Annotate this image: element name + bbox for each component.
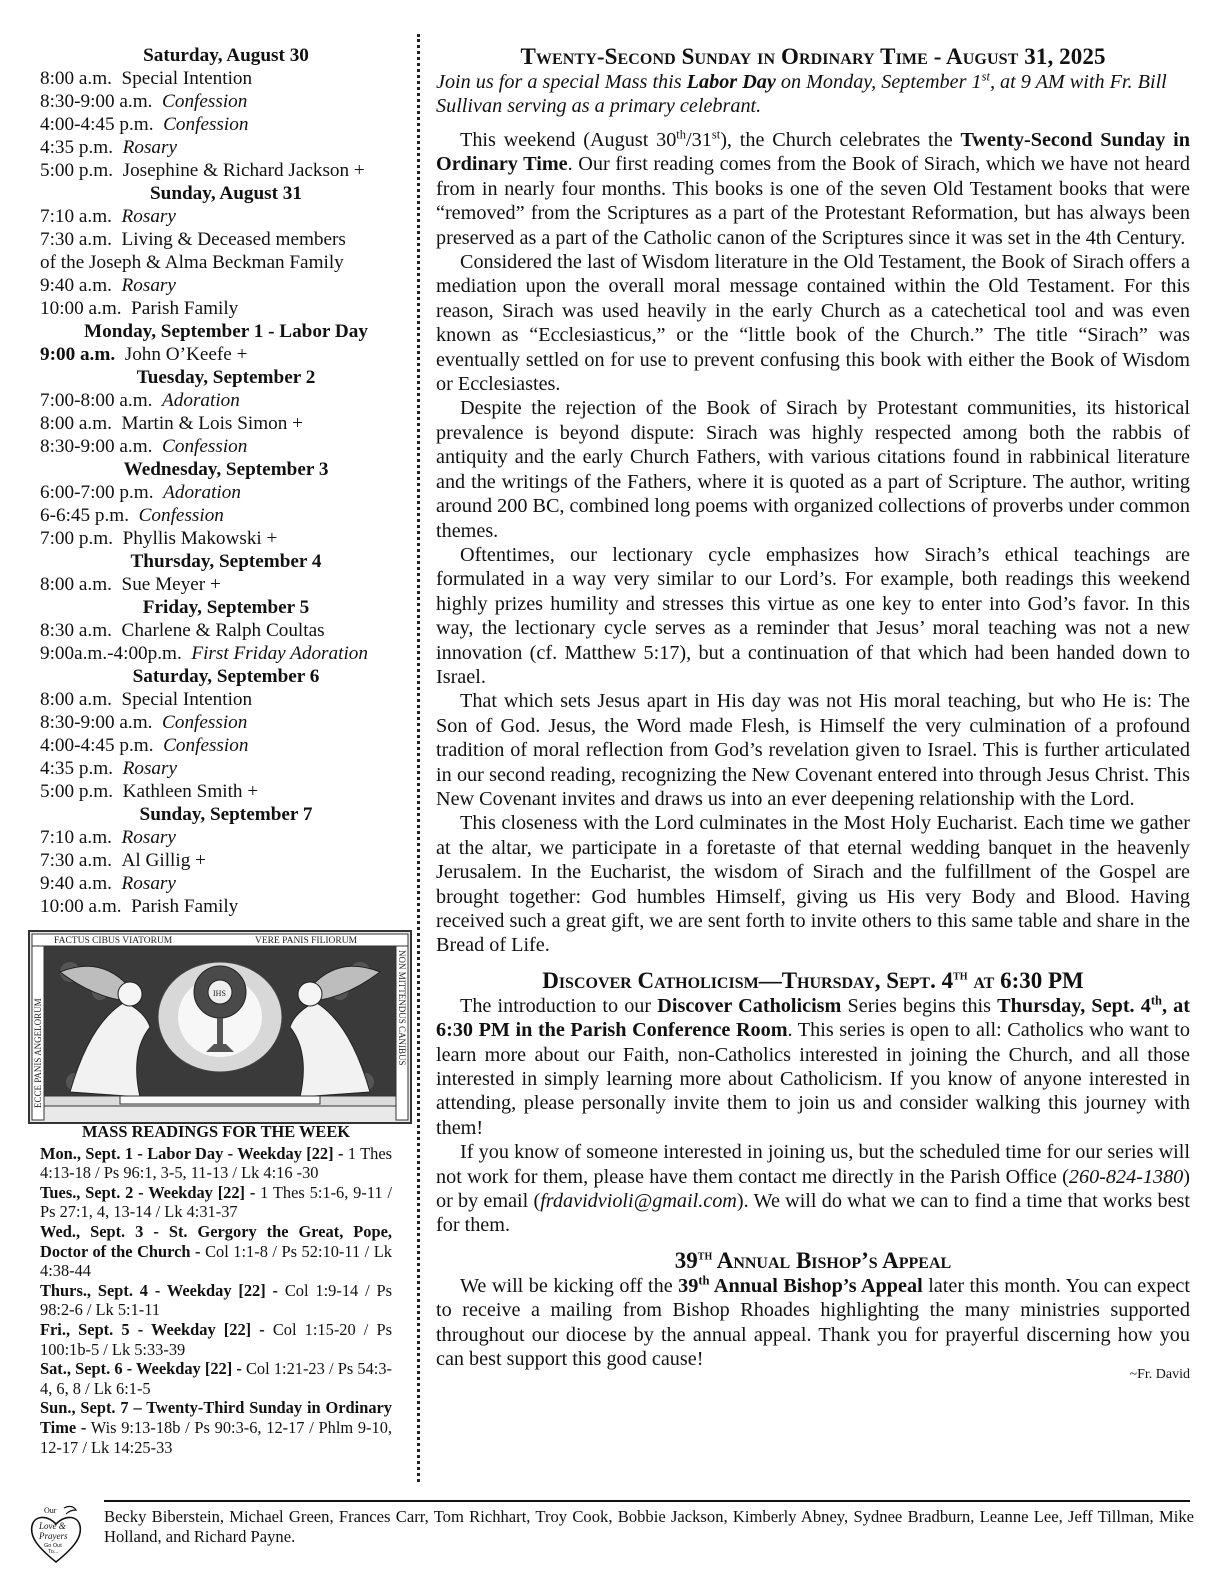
entry-description: Rosary: [122, 206, 176, 227]
paragraph-1: This weekend (August 30th/31st), the Chu…: [436, 128, 1190, 250]
reading-entry: Fri., Sept. 5 - Weekday [22] - Col 1:15-…: [40, 1320, 392, 1359]
entry-time: 8:00 a.m.: [40, 574, 112, 595]
reading-entry: Wed., Sept. 3 - St. Gergory the Great, P…: [40, 1222, 392, 1281]
day-heading: Saturday, August 30: [40, 44, 412, 67]
banner-top-left: FACTUS CIBUS VIATORUM: [54, 936, 173, 946]
entry-time: 9:40 a.m.: [40, 873, 112, 894]
entry-description: Al Gillig +: [122, 850, 206, 871]
entry-time: 6-6:45 p.m.: [40, 505, 129, 526]
article-title: Twenty-Second Sunday in Ordinary Time - …: [436, 44, 1190, 70]
entry-description: Rosary: [122, 275, 176, 296]
entry-description: Parish Family: [131, 896, 238, 917]
schedule-entry: 7:10 a.m. Rosary: [40, 205, 412, 228]
entry-description: Rosary: [122, 873, 176, 894]
svg-text:Love &: Love &: [38, 1521, 66, 1531]
entry-time: 4:35 p.m.: [40, 137, 113, 158]
footer-rule: [104, 1500, 1190, 1502]
entry-time: 7:10 a.m.: [40, 827, 112, 848]
discover-paragraph-1: The introduction to our Discover Catholi…: [436, 994, 1190, 1140]
discover-paragraph-2: If you know of someone interested in joi…: [436, 1140, 1190, 1238]
schedule-entry: 5:00 p.m. Josephine & Richard Jackson +: [40, 159, 412, 182]
entry-time: 8:00 a.m.: [40, 68, 112, 89]
svg-text:Prayers: Prayers: [38, 1531, 68, 1541]
schedule-entry: 10:00 a.m. Parish Family: [40, 297, 412, 320]
day-heading: Sunday, August 31: [40, 182, 412, 205]
day-heading: Saturday, September 6: [40, 665, 412, 688]
appeal-paragraph: We will be kicking off the 39th Annual B…: [436, 1274, 1190, 1372]
bulletin-page: Saturday, August 308:00 a.m. Special Int…: [0, 0, 1224, 1584]
schedule-entry: 4:35 p.m. Rosary: [40, 136, 412, 159]
entry-description: Parish Family: [131, 298, 238, 319]
angels-monstrance-illustration: FACTUS CIBUS VIATORUM VERE PANIS FILIORU…: [30, 932, 410, 1122]
schedule-entry: 9:00 a.m. John O’Keefe +: [40, 343, 412, 366]
entry-description: Confession: [163, 735, 248, 756]
entry-time: 8:30-9:00 a.m.: [40, 436, 152, 457]
entry-time: 8:00 a.m.: [40, 689, 112, 710]
entry-time: 5:00 p.m.: [40, 781, 113, 802]
banner-top-right: VERE PANIS FILIORUM: [255, 936, 358, 946]
entry-time: 6:00-7:00 p.m.: [40, 482, 154, 503]
entry-description: Sue Meyer +: [122, 574, 221, 595]
entry-time: 9:00 a.m.: [40, 344, 115, 365]
entry-time: 7:30 a.m.: [40, 229, 112, 250]
entry-description: Confession: [162, 436, 247, 457]
entry-description: Living & Deceased members: [122, 229, 346, 250]
schedule-entry: 9:00a.m.-4:00p.m. First Friday Adoration: [40, 642, 412, 665]
schedule-entry: 5:00 p.m. Kathleen Smith +: [40, 780, 412, 803]
signature: ~Fr. David: [1106, 1363, 1190, 1387]
schedule-entry: 8:00 a.m. Sue Meyer +: [40, 573, 412, 596]
reading-entry: Thurs., Sept. 4 - Weekday [22] - Col 1:9…: [40, 1281, 392, 1320]
day-heading: Friday, September 5: [40, 596, 412, 619]
reading-entry: Mon., Sept. 1 - Labor Day - Weekday [22]…: [40, 1144, 392, 1183]
mass-schedule: Saturday, August 308:00 a.m. Special Int…: [40, 44, 412, 918]
entry-time: 4:00-4:45 p.m.: [40, 114, 154, 135]
entry-time: 7:10 a.m.: [40, 206, 112, 227]
schedule-entry: of the Joseph & Alma Beckman Family: [40, 251, 412, 274]
entry-description: Rosary: [122, 827, 176, 848]
schedule-entry: 9:40 a.m. Rosary: [40, 274, 412, 297]
entry-description: Rosary: [123, 137, 177, 158]
schedule-entry: 8:30 a.m. Charlene & Ralph Coultas: [40, 619, 412, 642]
paragraph-5: That which sets Jesus apart in His day w…: [436, 689, 1190, 811]
schedule-entry: 6:00-7:00 p.m. Adoration: [40, 481, 412, 504]
reading-entry: Sun., Sept. 7 – Twenty-Third Sunday in O…: [40, 1398, 392, 1457]
day-heading: Thursday, September 4: [40, 550, 412, 573]
entry-time: 4:00-4:45 p.m.: [40, 735, 154, 756]
schedule-entry: 8:30-9:00 a.m. Confession: [40, 435, 412, 458]
entry-description: Adoration: [162, 390, 240, 411]
entry-description: Charlene & Ralph Coultas: [122, 620, 325, 641]
day-heading: Sunday, September 7: [40, 803, 412, 826]
eucharist-artwork: FACTUS CIBUS VIATORUM VERE PANIS FILIORU…: [28, 930, 412, 1124]
entry-time: 8:30-9:00 a.m.: [40, 712, 152, 733]
schedule-entry: 4:00-4:45 p.m. Confession: [40, 734, 412, 757]
day-heading: Wednesday, September 3: [40, 458, 412, 481]
banner-right: NON MITTENDUS CANIBUS: [397, 950, 407, 1066]
reading-day: Thurs., Sept. 4 - Weekday [22] -: [40, 1281, 278, 1300]
phone-number[interactable]: 260-824-1380: [1069, 1166, 1183, 1188]
entry-description: Kathleen Smith +: [123, 781, 259, 802]
paragraph-2: Considered the last of Wisdom literature…: [436, 250, 1190, 396]
schedule-entry: 7:00 p.m. Phyllis Makowski +: [40, 527, 412, 550]
entry-time: 8:00 a.m.: [40, 413, 112, 434]
paragraph-6: This closeness with the Lord culminates …: [436, 811, 1190, 957]
entry-time: 4:35 p.m.: [40, 758, 113, 779]
entry-description: Phyllis Makowski +: [123, 528, 278, 549]
reading-entry: Tues., Sept. 2 - Weekday [22] - 1 Thes 5…: [40, 1183, 392, 1222]
schedule-entry: 8:00 a.m. Special Intention: [40, 688, 412, 711]
paragraph-4: Oftentimes, our lectionary cycle emphasi…: [436, 543, 1190, 689]
entry-description: Special Intention: [122, 68, 253, 89]
reading-day: Sat., Sept. 6 - Weekday [22] -: [40, 1359, 242, 1378]
reading-references: Wis 9:13-18b / Ps 90:3-6, 12-17 / Phlm 9…: [40, 1418, 392, 1457]
entry-time: 5:00 p.m.: [40, 160, 113, 181]
reading-day: Tues., Sept. 2 - Weekday [22] -: [40, 1183, 255, 1202]
schedule-entry: 6-6:45 p.m. Confession: [40, 504, 412, 527]
entry-description: Confession: [162, 712, 247, 733]
entry-description: Adoration: [163, 482, 241, 503]
schedule-entry: 8:00 a.m. Special Intention: [40, 67, 412, 90]
entry-time: 9:00a.m.-4:00p.m.: [40, 643, 182, 664]
svg-text:Our: Our: [44, 1506, 57, 1515]
mass-readings: MASS READINGS FOR THE WEEK Mon., Sept. 1…: [40, 1122, 392, 1457]
entry-time: 8:30 a.m.: [40, 620, 112, 641]
readings-title: MASS READINGS FOR THE WEEK: [40, 1122, 392, 1142]
love-prayers-heart-icon: Our Love & Prayers Go Out To...: [26, 1502, 86, 1566]
schedule-entry: 7:00-8:00 a.m. Adoration: [40, 389, 412, 412]
schedule-entry: 7:30 a.m. Al Gillig +: [40, 849, 412, 872]
schedule-entry: 7:30 a.m. Living & Deceased members: [40, 228, 412, 251]
day-heading: Monday, September 1 - Labor Day: [40, 320, 412, 343]
reading-entry: Sat., Sept. 6 - Weekday [22] - Col 1:21-…: [40, 1359, 392, 1398]
entry-description: First Friday Adoration: [191, 643, 368, 664]
schedule-entry: 7:10 a.m. Rosary: [40, 826, 412, 849]
entry-time: 7:00-8:00 a.m.: [40, 390, 152, 411]
entry-description: Confession: [139, 505, 224, 526]
banner-left: ECCE PANIS ANGELORUM: [33, 998, 43, 1108]
labor-day-notice: Join us for a special Mass this Labor Da…: [436, 70, 1190, 118]
entry-time: 10:00 a.m.: [40, 298, 122, 319]
schedule-entry: 9:40 a.m. Rosary: [40, 872, 412, 895]
entry-description: John O’Keefe +: [125, 344, 248, 365]
schedule-entry: 8:30-9:00 a.m. Confession: [40, 90, 412, 113]
prayer-list-names: Becky Biberstein, Michael Green, Frances…: [104, 1507, 1194, 1547]
schedule-entry: 4:00-4:45 p.m. Confession: [40, 113, 412, 136]
schedule-entry: 8:30-9:00 a.m. Confession: [40, 711, 412, 734]
svg-text:To...: To...: [48, 1549, 59, 1555]
reading-day: Fri., Sept. 5 - Weekday [22] -: [40, 1320, 265, 1339]
day-heading: Tuesday, September 2: [40, 366, 412, 389]
entry-time: 7:30 a.m.: [40, 850, 112, 871]
entry-description: Special Intention: [122, 689, 253, 710]
email-link[interactable]: frdavidvioli@gmail.com: [540, 1190, 737, 1212]
entry-description: Rosary: [123, 758, 177, 779]
pastor-column: Twenty-Second Sunday in Ordinary Time - …: [436, 44, 1190, 1372]
monogram: IHS: [213, 989, 226, 998]
schedule-entry: 8:00 a.m. Martin & Lois Simon +: [40, 412, 412, 435]
entry-time: 7:00 p.m.: [40, 528, 113, 549]
schedule-entry: 4:35 p.m. Rosary: [40, 757, 412, 780]
reading-day: Mon., Sept. 1 - Labor Day - Weekday [22]…: [40, 1144, 343, 1163]
entry-time: 9:40 a.m.: [40, 275, 112, 296]
entry-time: 10:00 a.m.: [40, 896, 122, 917]
entry-description: Confession: [163, 114, 248, 135]
entry-time: 8:30-9:00 a.m.: [40, 91, 152, 112]
entry-description: Josephine & Richard Jackson +: [123, 160, 365, 181]
column-divider: [417, 34, 420, 1482]
entry-description: Martin & Lois Simon +: [122, 413, 303, 434]
schedule-entry: 10:00 a.m. Parish Family: [40, 895, 412, 918]
entry-description: Confession: [162, 91, 247, 112]
bishops-appeal-title: 39th Annual Bishop’s Appeal: [436, 1248, 1190, 1274]
entry-description: of the Joseph & Alma Beckman Family: [40, 252, 344, 273]
paragraph-3: Despite the rejection of the Book of Sir…: [436, 396, 1190, 542]
discover-catholicism-title: Discover Catholicism—Thursday, Sept. 4th…: [436, 968, 1190, 994]
